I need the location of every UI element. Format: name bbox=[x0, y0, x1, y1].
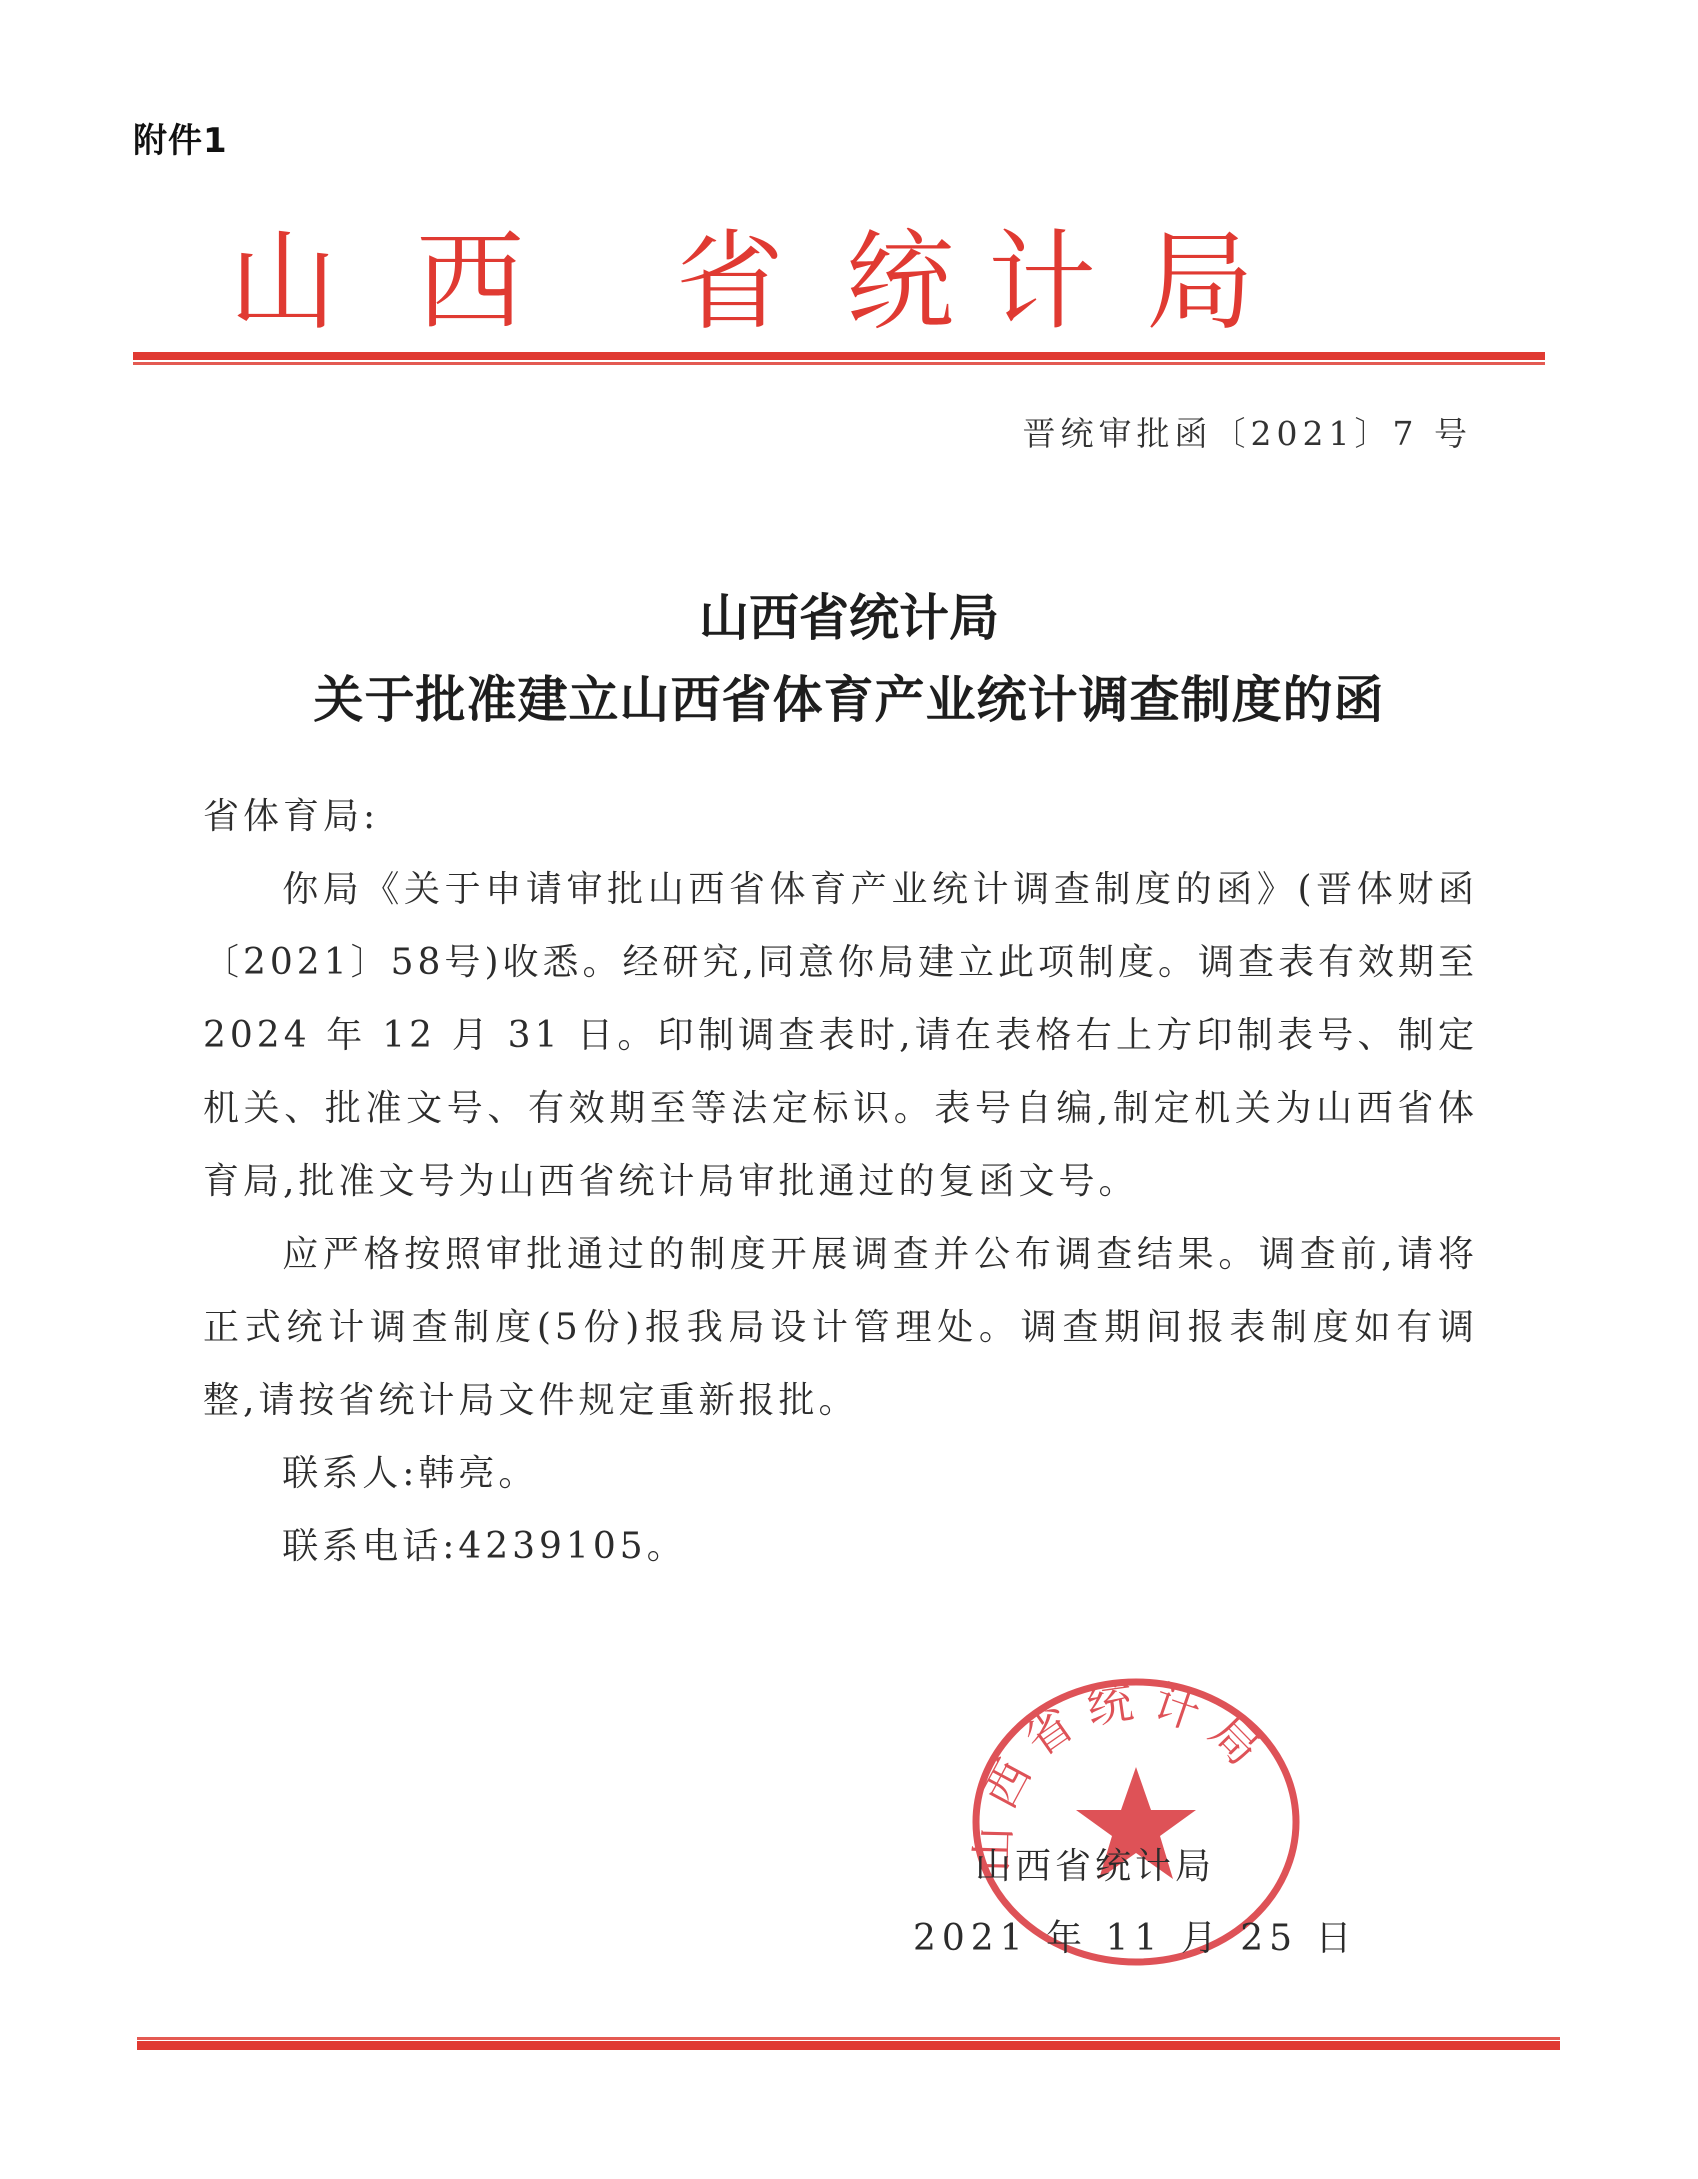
letterhead-title: 山 西 省 统 计 局 bbox=[133, 218, 1545, 348]
attachment-label: 附件1 bbox=[133, 113, 228, 162]
document-body: 省体育局: 你局《关于申请审批山西省体育产业统计调查制度的函》(晋体财函〔202… bbox=[203, 780, 1478, 1583]
document-title-line2: 关于批准建立山西省体育产业统计调查制度的函 bbox=[0, 660, 1698, 732]
letterhead-char: 统 bbox=[840, 218, 960, 348]
letterhead-char: 山 bbox=[223, 218, 343, 348]
letterhead-char: 计 bbox=[982, 218, 1102, 348]
contact-phone: 联系电话:4239105。 bbox=[203, 1510, 1478, 1583]
footer-divider-thick bbox=[137, 2041, 1560, 2050]
letterhead-char: 西 bbox=[410, 218, 530, 348]
signature-org: 山西省统计局 bbox=[975, 1838, 1215, 1889]
document-number: 晋统审批函〔2021〕7 号 bbox=[1023, 408, 1472, 455]
letterhead-divider-thin bbox=[133, 362, 1545, 365]
salutation: 省体育局: bbox=[203, 780, 1478, 853]
document-title-line1: 山西省统计局 bbox=[0, 578, 1698, 650]
letterhead-divider-thick bbox=[133, 352, 1545, 360]
signature-date: 2021 年 11 月 25 日 bbox=[913, 1910, 1357, 1961]
body-paragraph: 你局《关于申请审批山西省体育产业统计调查制度的函》(晋体财函〔2021〕58号)… bbox=[203, 853, 1478, 1218]
letterhead-char: 省 bbox=[670, 218, 790, 348]
contact-person: 联系人:韩亮。 bbox=[203, 1437, 1478, 1510]
footer-divider-thin bbox=[137, 2037, 1560, 2040]
letterhead-char: 局 bbox=[1140, 218, 1260, 348]
body-paragraph: 应严格按照审批通过的制度开展调查并公布调查结果。调查前,请将正式统计调查制度(5… bbox=[203, 1218, 1478, 1437]
